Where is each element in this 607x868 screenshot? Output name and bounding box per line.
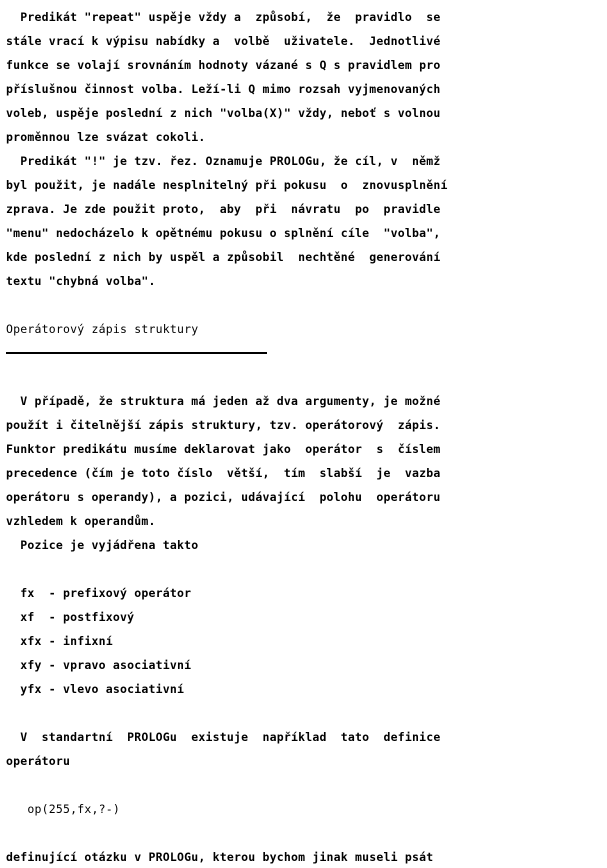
text-line: "menu" nedocházelo k opětnému pokusu o s… (6, 226, 441, 240)
list-item: fx - prefixový operátor (6, 586, 191, 600)
text-line: příslušnou činnost volba. Leží-li Q mimo… (6, 82, 441, 96)
text-line: V standartní PROLOGu existuje například … (6, 730, 441, 744)
text-line: V případě, že struktura má jeden až dva … (6, 394, 441, 408)
list-item: yfx - vlevo asociativní (6, 682, 184, 696)
text-line: definující otázku v PROLOGu, kterou bych… (6, 850, 433, 864)
list-item: xfy - vpravo asociativní (6, 658, 191, 672)
text-line: operátoru s operandy), a pozici, udávají… (6, 490, 441, 504)
text-line: byl použit, je nadále nesplnitelný při p… (6, 178, 448, 192)
code-example: op(255,fx,?-) (6, 802, 120, 816)
text-line: stále vrací k výpisu nabídky a volbě uži… (6, 34, 441, 48)
section-heading: Operátorový zápis struktury (6, 322, 198, 336)
text-line: Predikát "repeat" uspěje vždy a způsobí,… (6, 10, 441, 24)
text-line: voleb, uspěje poslední z nich "volba(X)"… (6, 106, 441, 120)
scanned-document-page: Predikát "repeat" uspěje vždy a způsobí,… (0, 0, 607, 868)
heading-underline (6, 352, 267, 354)
text-line: zprava. Je zde použit proto, aby při náv… (6, 202, 441, 216)
text-line: proměnnou lze svázat cokoli. (6, 130, 205, 144)
text-line: funkce se volají srovnáním hodnoty vázan… (6, 58, 441, 72)
text-line: Funktor predikátu musíme deklarovat jako… (6, 442, 441, 456)
text-line: Pozice je vyjádřena takto (6, 538, 198, 552)
text-line: operátoru (6, 754, 70, 768)
text-line: kde poslední z nich by uspěl a způsobil … (6, 250, 441, 264)
text-line: použít i čitelnější zápis struktury, tzv… (6, 418, 441, 432)
list-item: xfx - infixní (6, 634, 113, 648)
text-line: textu "chybná volba". (6, 274, 156, 288)
list-item: xf - postfixový (6, 610, 134, 624)
text-line: precedence (čím je toto číslo větší, tím… (6, 466, 441, 480)
text-line: Predikát "!" je tzv. řez. Oznamuje PROLO… (6, 154, 441, 168)
text-line: vzhledem k operandům. (6, 514, 156, 528)
